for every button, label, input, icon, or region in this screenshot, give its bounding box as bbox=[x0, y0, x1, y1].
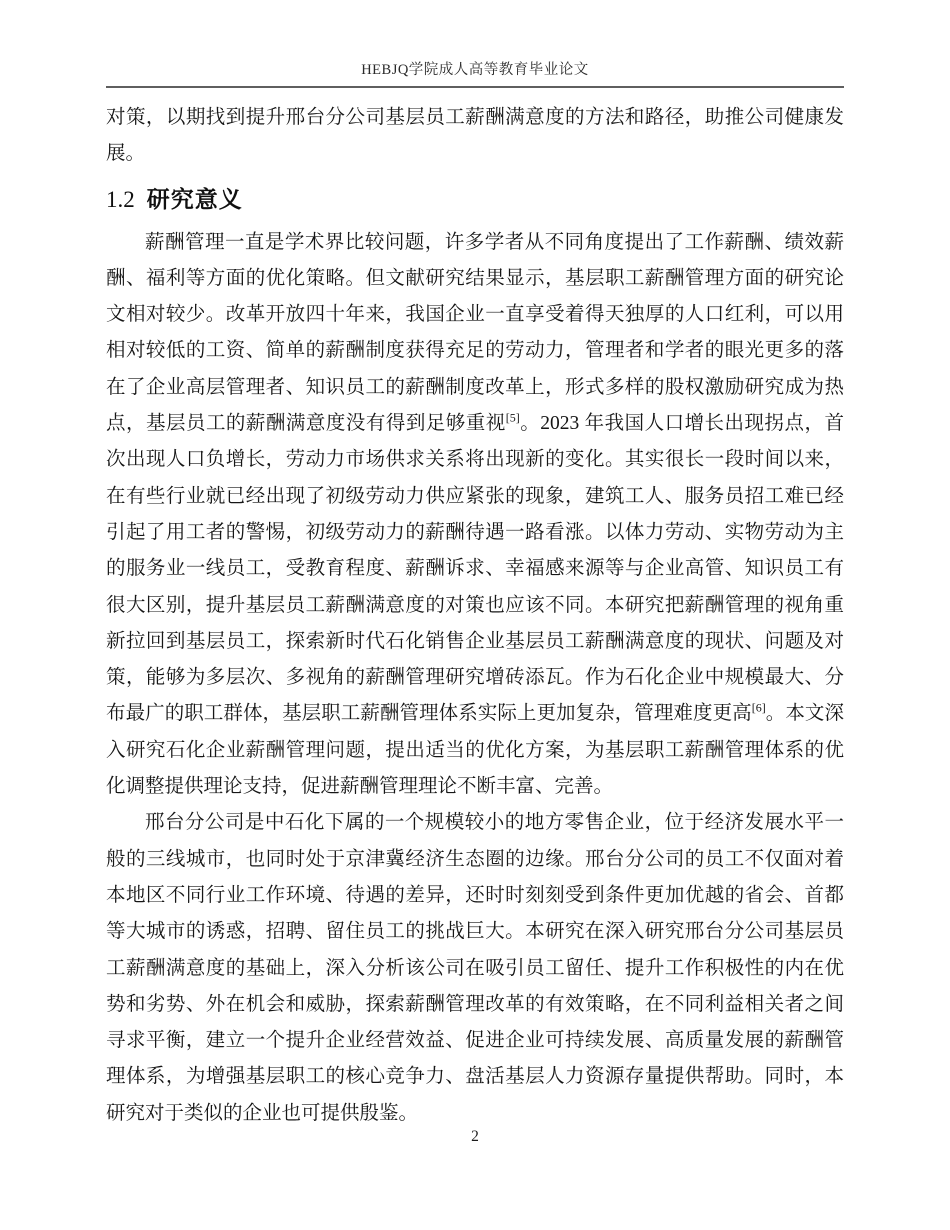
section-heading-title: 研究意义 bbox=[147, 186, 243, 212]
carryover-paragraph-line: 对策，以期找到提升邢台分公司基层员工薪酬满意度的方法和路径，助推公司健康发展。 bbox=[106, 100, 844, 173]
citation-ref-5: [5] bbox=[506, 411, 520, 425]
citation-ref-6: [6] bbox=[752, 701, 766, 715]
header-title: HEBJQ学院成人高等教育毕业论文 bbox=[361, 62, 589, 78]
paragraph-2: 邢台分公司是中石化下属的一个规模较小的地方零售企业，位于经济发展水平一般的三线城… bbox=[106, 805, 844, 1132]
page-number: 2 bbox=[471, 1128, 479, 1145]
page-header: HEBJQ学院成人高等教育毕业论文 bbox=[106, 0, 844, 88]
section-heading-number: 1.2 bbox=[106, 187, 135, 212]
page-content: HEBJQ学院成人高等教育毕业论文 对策，以期找到提升邢台分公司基层员工薪酬满意… bbox=[106, 0, 844, 1132]
paragraph-1: 薪酬管理一直是学术界比较问题，许多学者从不同角度提出了工作薪酬、绩效薪酬、福利等… bbox=[106, 225, 844, 806]
page-footer: 2 bbox=[0, 1128, 950, 1146]
body-text: 对策，以期找到提升邢台分公司基层员工薪酬满意度的方法和路径，助推公司健康发展。 … bbox=[106, 100, 844, 1132]
paragraph-1-segment-2: 。2023 年我国人口增长出现拐点，首次出现人口负增长，劳动力市场供求关系将出现… bbox=[106, 413, 844, 724]
section-heading: 1.2研究意义 bbox=[106, 182, 844, 217]
paragraph-1-segment-1: 薪酬管理一直是学术界比较问题，许多学者从不同角度提出了工作薪酬、绩效薪酬、福利等… bbox=[106, 232, 844, 434]
thesis-page: HEBJQ学院成人高等教育毕业论文 对策，以期找到提升邢台分公司基层员工薪酬满意… bbox=[0, 0, 950, 1230]
